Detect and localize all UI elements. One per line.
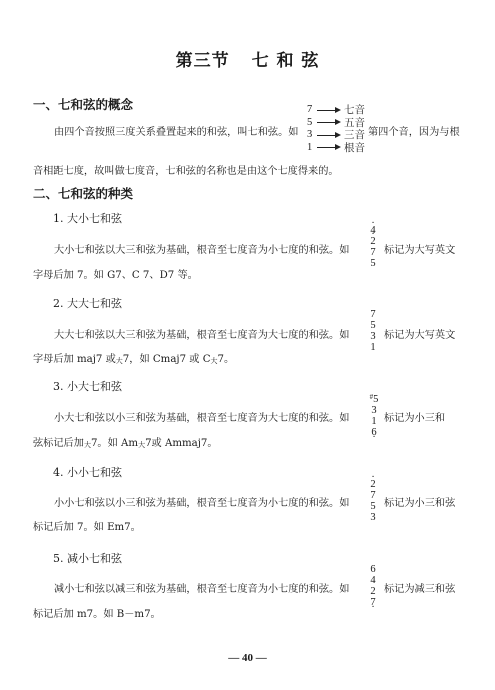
diagram-row-seventh: 7 七音 xyxy=(307,104,365,117)
concept-text-line2: 音相距七度，故叫做七度音，七和弦的名称也是由这个七度得来的。 xyxy=(33,162,339,177)
chord-type-4-line2: 标记后加 7。如 Em7。 xyxy=(33,518,141,533)
chord-type-4-after: 标记为小三和弦 xyxy=(384,494,455,509)
chord-notes-5: 6 4 2 7 xyxy=(366,564,380,608)
chord-type-4-text: 小小七和弦以小三和弦为基础，根音至七度音为小七度的和弦。如 xyxy=(54,494,349,509)
chord-type-3-line2: 弦标记后加大7。如 Am大7或 Ammaj7。 xyxy=(33,434,218,450)
concept-text-line1: 由四个音按照三度关系叠置起来的和弦，叫七和弦。如 xyxy=(54,123,299,138)
diagram-row-third: 3 三音 xyxy=(307,129,365,142)
chord-type-2-text: 大大七和弦以大三和弦为基础，根音至七度音为大七度的和弦。如 xyxy=(54,326,349,341)
arrow-icon xyxy=(317,135,337,136)
arrow-icon xyxy=(317,110,337,111)
chord-type-2-line2: 字母后加 maj7 或大7，如 Cmaj7 或 C大7。 xyxy=(33,350,234,366)
concept-text-after: 第四个音，因为与根 xyxy=(368,123,460,138)
section-heading-concept: 一、七和弦的概念 xyxy=(33,95,133,113)
chord-type-3-after: 标记为小三和 xyxy=(384,409,445,424)
chord-type-5-line2: 标记后加 m7。如 B－m7。 xyxy=(33,605,161,620)
chord-type-1-line2: 字母后加 7。如 G7、C 7、D7 等。 xyxy=(33,266,198,281)
chord-type-title-3: 3. 小大七和弦 xyxy=(53,378,122,394)
page-title: 第三节七 和 弦 xyxy=(0,46,495,71)
diagram-row-fifth: 5 五音 xyxy=(307,117,365,130)
chord-notes-3: #5 3 1 6 xyxy=(365,392,383,438)
title-topic: 七 和 弦 xyxy=(252,51,320,71)
arrow-icon xyxy=(317,122,337,123)
chord-type-title-5: 5. 减小七和弦 xyxy=(53,550,122,566)
chord-type-title-1: 1. 大小七和弦 xyxy=(53,210,122,226)
chord-type-title-2: 2. 大大七和弦 xyxy=(53,295,122,311)
chord-notes-1: 4 2 7 5 xyxy=(366,225,380,269)
chord-type-5-text: 减小七和弦以减三和弦为基础，根音至七度音为小七度的和弦。如 xyxy=(54,580,349,595)
chord-tone-diagram: 7 七音 5 五音 3 三音 1 根音 xyxy=(307,104,365,154)
chord-type-3-text: 小大七和弦以小三和弦为基础，根音至七度音为大七度的和弦。如 xyxy=(54,409,349,424)
diagram-row-root: 1 根音 xyxy=(307,142,365,155)
arrow-icon xyxy=(317,147,337,148)
chord-type-1-text: 大小七和弦以大三和弦为基础，根音至七度音为小七度的和弦。如 xyxy=(54,241,349,256)
chord-type-5-after: 标记为减三和弦 xyxy=(384,580,455,595)
chord-type-2-after: 标记为大写英文 xyxy=(384,326,455,341)
chord-notes-4: 2 7 5 3 xyxy=(366,479,380,523)
title-section-number: 第三节 xyxy=(176,51,230,71)
section-heading-types: 二、七和弦的种类 xyxy=(33,184,133,202)
chord-type-1-after: 标记为大写英文 xyxy=(384,241,455,256)
page-number: — 40 — xyxy=(0,652,495,664)
chord-notes-2: 7 5 3 1 xyxy=(366,309,380,353)
chord-type-title-4: 4. 小小七和弦 xyxy=(53,464,122,480)
